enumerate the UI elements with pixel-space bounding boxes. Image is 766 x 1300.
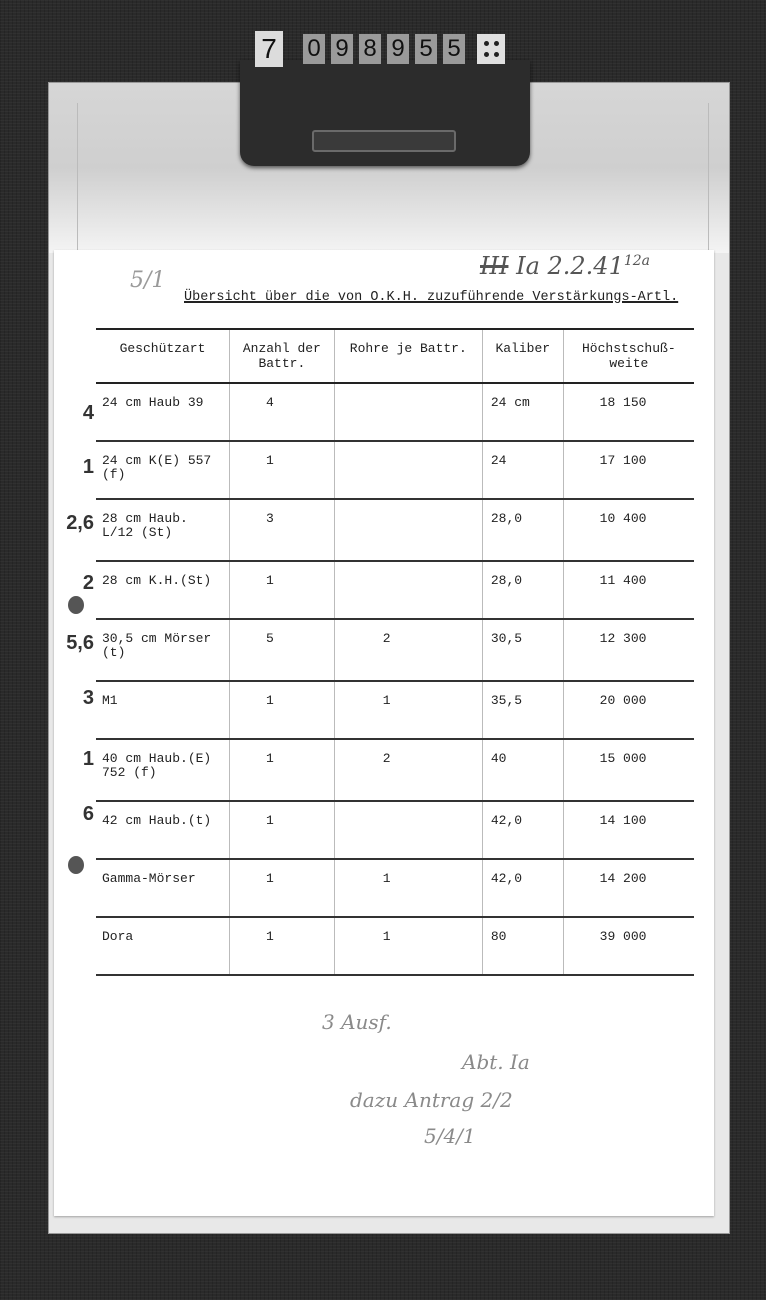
punch-hole-icon (68, 856, 84, 874)
cell-range: 17 100 (563, 441, 694, 499)
table-header-row: Geschützart Anzahl der Battr. Rohre je B… (96, 329, 694, 383)
cell-batteries: 4 (229, 383, 334, 441)
handwritten-note: Abt. Ia (462, 1050, 530, 1074)
cell-type: Gamma-Mörser (96, 859, 229, 917)
handwritten-note: dazu Antrag 2/2 (350, 1088, 513, 1112)
cell-type: 28 cm K.H.(St) (96, 561, 229, 619)
cell-range: 10 400 (563, 499, 694, 561)
table-row: Gamma-Mörser 1 1 42,0 14 200 (96, 859, 694, 917)
cell-tubes (334, 441, 482, 499)
cell-caliber: 42,0 (482, 859, 563, 917)
cell-type: 40 cm Haub.(E) 752 (f) (96, 739, 229, 801)
cell-range: 18 150 (563, 383, 694, 441)
punch-hole-icon (68, 596, 84, 614)
cell-batteries: 1 (229, 917, 334, 975)
cell-batteries: 5 (229, 619, 334, 681)
cell-caliber: 28,0 (482, 561, 563, 619)
cell-caliber: 24 (482, 441, 563, 499)
cell-range: 12 300 (563, 619, 694, 681)
frame-counter: 7 0 9 8 9 5 5 (255, 26, 505, 72)
cell-batteries: 1 (229, 801, 334, 859)
margin-note: 3 (54, 687, 94, 710)
table-row: 40 cm Haub.(E) 752 (f) 1 2 40 15 000 (96, 739, 694, 801)
cell-range: 14 100 (563, 801, 694, 859)
table-row: Dora 1 1 80 39 000 (96, 917, 694, 975)
table-row: 28 cm Haub. L/12 (St) 3 28,0 10 400 (96, 499, 694, 561)
cell-type: M1 (96, 681, 229, 739)
cell-tubes: 1 (334, 681, 482, 739)
cell-tubes (334, 383, 482, 441)
table-row: 30,5 cm Mörser (t) 5 2 30,5 12 300 (96, 619, 694, 681)
cell-type: 24 cm K(E) 557 (f) (96, 441, 229, 499)
margin-note: 4 (54, 402, 94, 425)
cell-tubes: 2 (334, 619, 482, 681)
table-row: 28 cm K.H.(St) 1 28,0 11 400 (96, 561, 694, 619)
cell-batteries: 1 (229, 441, 334, 499)
margin-note: 1 (54, 748, 94, 771)
cell-tubes: 2 (334, 739, 482, 801)
cell-type: Dora (96, 917, 229, 975)
cell-tubes: 1 (334, 917, 482, 975)
cell-range: 14 200 (563, 859, 694, 917)
counter-dots-icon (477, 34, 505, 64)
reference-superscript: 12a (624, 253, 650, 269)
cell-type: 30,5 cm Mörser (t) (96, 619, 229, 681)
clip-slot (312, 130, 456, 152)
cell-caliber: 35,5 (482, 681, 563, 739)
counter-lead-digit: 7 (255, 31, 283, 67)
artillery-table: Geschützart Anzahl der Battr. Rohre je B… (96, 328, 694, 976)
cell-batteries: 1 (229, 859, 334, 917)
margin-note: 2,6 (54, 512, 94, 535)
counter-digit: 0 (303, 34, 325, 64)
margin-note: 2 (54, 572, 94, 595)
counter-digit: 5 (443, 34, 465, 64)
cell-caliber: 30,5 (482, 619, 563, 681)
page-title: Übersicht über die von O.K.H. zuzuführen… (184, 290, 678, 305)
header-tubes: Rohre je Battr. (334, 329, 482, 383)
table-row: 24 cm Haub 39 4 24 cm 18 150 (96, 383, 694, 441)
table-row: 24 cm K(E) 557 (f) 1 24 17 100 (96, 441, 694, 499)
cell-caliber: 28,0 (482, 499, 563, 561)
cell-range: 15 000 (563, 739, 694, 801)
counter-digit: 8 (359, 34, 381, 64)
cell-range: 39 000 (563, 917, 694, 975)
header-range: Höchstschuß-weite (563, 329, 694, 383)
header-caliber: Kaliber (482, 329, 563, 383)
cell-batteries: 3 (229, 499, 334, 561)
cell-tubes (334, 801, 482, 859)
margin-note: 6 (54, 803, 94, 826)
table-row: M1 1 1 35,5 20 000 (96, 681, 694, 739)
cell-tubes (334, 561, 482, 619)
document-page: 5/1 III Ia 2.2.4112a Übersicht über die … (54, 250, 714, 1216)
header-batteries: Anzahl der Battr. (229, 329, 334, 383)
reference-struck: III (480, 252, 508, 280)
reference-number: III Ia 2.2.4112a (480, 252, 650, 280)
counter-digit: 9 (387, 34, 409, 64)
cell-batteries: 1 (229, 561, 334, 619)
cell-tubes (334, 499, 482, 561)
counter-digit: 9 (331, 34, 353, 64)
reference-text: Ia 2.2.41 (516, 252, 624, 280)
cell-type: 24 cm Haub 39 (96, 383, 229, 441)
cell-tubes: 1 (334, 859, 482, 917)
cell-type: 28 cm Haub. L/12 (St) (96, 499, 229, 561)
cell-range: 20 000 (563, 681, 694, 739)
header-type: Geschützart (96, 329, 229, 383)
binder-clip (240, 60, 530, 166)
handwritten-note: 5/4/1 (424, 1124, 476, 1148)
margin-note: 1 (54, 456, 94, 479)
cell-caliber: 40 (482, 739, 563, 801)
cell-batteries: 1 (229, 739, 334, 801)
handwritten-note: 3 Ausf. (322, 1010, 392, 1034)
cell-caliber: 80 (482, 917, 563, 975)
cell-type: 42 cm Haub.(t) (96, 801, 229, 859)
margin-note: 5,6 (54, 632, 94, 655)
cell-caliber: 24 cm (482, 383, 563, 441)
counter-digit: 5 (415, 34, 437, 64)
cell-caliber: 42,0 (482, 801, 563, 859)
pencil-mark: 5/1 (130, 268, 165, 293)
table-row: 42 cm Haub.(t) 1 42,0 14 100 (96, 801, 694, 859)
cell-batteries: 1 (229, 681, 334, 739)
cell-range: 11 400 (563, 561, 694, 619)
